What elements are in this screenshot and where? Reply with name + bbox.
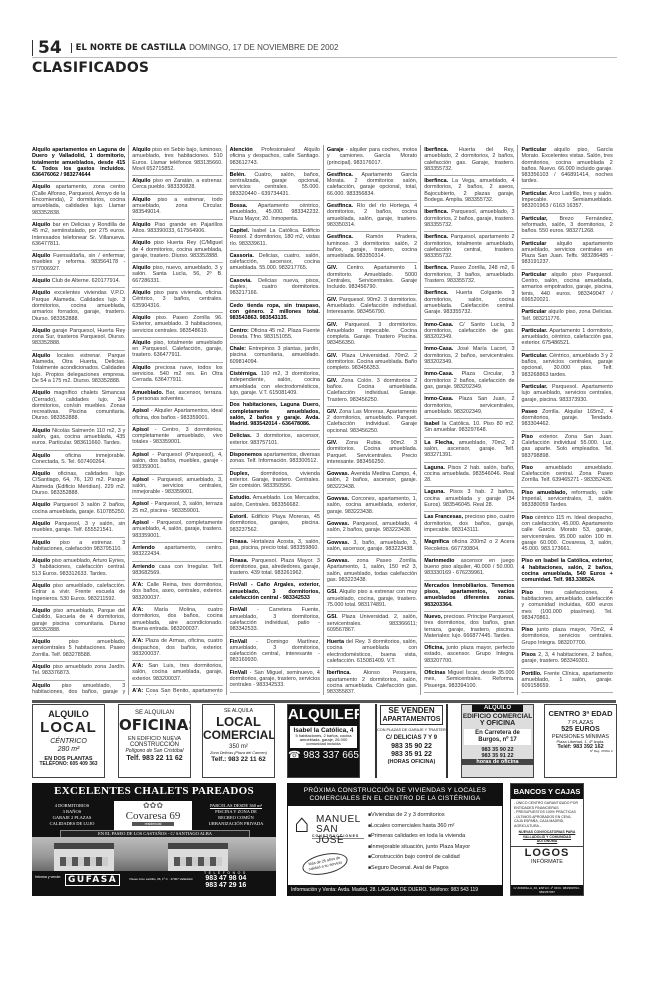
ad-keyword: Alquilo bbox=[32, 453, 50, 459]
classified-ad: Cedo tienda ropa, sin traspaso, con géne… bbox=[230, 301, 320, 326]
classified-ad: Alquilo oficinas, calidades lujo. C/Sant… bbox=[32, 469, 125, 500]
classified-ad: A'A: Plaza de Armas, oficina, cuatro des… bbox=[132, 636, 222, 661]
ad-keyword: Particular, bbox=[521, 216, 547, 222]
ad-keyword: Arriendo bbox=[132, 545, 154, 551]
ad-keyword: Piso en Isabel la Católica, exterior, 4 … bbox=[521, 558, 612, 583]
ad-keyword: Mercados Inmobiliarios. Tenemos pisos, a… bbox=[424, 583, 514, 608]
covaresa-logo: ✿✿✿ Covaresa 69 residencial bbox=[114, 801, 192, 831]
classified-ad: Inmo-Casa. Plaza Circular, 3 dormitorios… bbox=[424, 369, 514, 394]
ad-address: C/ DELICIAS 7 Y 9 bbox=[377, 735, 446, 742]
classified-ad: Apisol - Parquesol, 3, salón, terraza 25… bbox=[132, 499, 222, 518]
classified-ad: Cistérniga. 110 m2, 3 dormitorios, indep… bbox=[230, 369, 320, 400]
classified-ad: Alquilo Parquesol, 3 y salón, sin mueble… bbox=[32, 519, 125, 538]
ad-keyword: Marinmedio bbox=[424, 558, 454, 564]
ad-keyword: Particular bbox=[521, 272, 546, 278]
ad-keyword: Alquilo bbox=[32, 278, 50, 284]
info-label: Informa y vende: bbox=[35, 875, 61, 879]
ad-title: PRÓXIMA CONSTRUCCIÓN DE VIVIENDAS Y LOCA… bbox=[288, 784, 502, 806]
classified-ad: Mercados Inmobiliarios. Tenemos pisos, a… bbox=[424, 581, 514, 612]
classified-ad: Paseo Zorrilla. Alquilar 165m2, 4 dormit… bbox=[521, 407, 612, 432]
ad-keyword: FinVall bbox=[230, 670, 247, 676]
ad-keyword: Laguna. bbox=[424, 489, 445, 495]
ad-centro-tercera-edad: CENTRO 3ª EDAD 7 PLAZAS 525 EUROS PENSIO… bbox=[544, 704, 617, 778]
ad-hours: (HORAS OFICINA) bbox=[377, 759, 446, 765]
classified-ad: Alquilo piso a estrenar, todo amueblado,… bbox=[132, 195, 222, 220]
ad-body: Club de Alterne. 620177914. bbox=[50, 278, 120, 284]
classified-ad: Piso junto plaza mayor, 70m2, 4 dormitor… bbox=[521, 625, 612, 650]
ad-address: Paseo Arco Ladrillo, 36, 1º C · 47007 Va… bbox=[128, 877, 194, 881]
classified-ad: Piso céntrico 115 m. Ideal despacho, con… bbox=[521, 513, 612, 557]
ad-keyword: Cassoria. bbox=[230, 253, 254, 259]
ad-keyword: Inmo-Casa. bbox=[424, 322, 453, 328]
classified-ad: Inmo-Casa. José María Lacort, 3 dormitor… bbox=[424, 344, 514, 369]
column-4: Garaje - alquiler para coches, motos y c… bbox=[324, 145, 421, 695]
phone: 983 47 98 04 bbox=[204, 875, 248, 882]
ad-title: COMERCIAL bbox=[203, 729, 274, 742]
ad-phone: 983 35 91 22 bbox=[377, 751, 446, 759]
ad-title: LOCAL bbox=[203, 715, 274, 729]
ad-body: Calle Reina, tres dormitorios, dos baños… bbox=[132, 582, 222, 601]
classified-ad: Alquilo piso amueblado, servicentrales 5… bbox=[32, 637, 125, 662]
ad-title: BANCOS Y CAJAS bbox=[511, 784, 583, 799]
ad-keyword: Alquilo bbox=[32, 222, 50, 228]
ad-keyword: Gestfinca. bbox=[327, 234, 353, 240]
ad-body: amueblado amueblado. Calefacción central… bbox=[521, 465, 612, 484]
ad-title: OFICINAS bbox=[119, 717, 190, 734]
rose-icon: ✿✿✿ bbox=[114, 801, 192, 810]
ad-keyword: Alquilo bbox=[132, 222, 150, 228]
houses-photo bbox=[32, 837, 276, 871]
ad-body: Plaza Universidad. 2, salón, servicentra… bbox=[327, 614, 417, 633]
ad-keyword: Oficinas bbox=[424, 670, 445, 676]
classified-ad: Puerto-Inmobiliaria. Chalets 3/4, Ana. 4… bbox=[521, 693, 612, 695]
ad-keyword: Alquilo bbox=[32, 353, 50, 359]
ad-keyword: A'A: bbox=[132, 663, 143, 669]
classified-ad: Iberfinca. Alonso Pesquera, apartamento … bbox=[327, 668, 417, 695]
ad-keyword: Las Francesas, bbox=[424, 514, 463, 520]
ad-title: Y OFICINA bbox=[462, 720, 533, 728]
classified-ad: Apisol - Parquesol, amueblado, 3, salón,… bbox=[132, 475, 222, 500]
ad-alquilo-local: ALQUILO LOCAL CÉNTRICO 280 m² EN DOS PLA… bbox=[32, 704, 105, 778]
ad-body: alquilo piso, García Morato. Excelentes … bbox=[521, 147, 612, 184]
ad-keyword: Alquilo bbox=[132, 290, 150, 296]
classified-ad: Oficina, junto plaza mayor, perfecto est… bbox=[424, 643, 514, 668]
classified-ad: Iberfinca. Huerta Colgante. 3 dormitorio… bbox=[424, 288, 514, 319]
classified-ad: Gestfinca. Ramón Pradera, luminoso. 3 do… bbox=[327, 232, 417, 263]
classified-ad: Bossa. Apartamento céntrico, amueblado, … bbox=[230, 201, 320, 226]
ad-keyword: Inmo-Casa. bbox=[424, 396, 453, 402]
ad-phone: Telf. 983 22 11 62 bbox=[119, 755, 190, 763]
ad-keyword: Alquilo bbox=[32, 328, 50, 334]
house-image bbox=[54, 843, 114, 871]
ad-keyword: Piso amueblado, bbox=[521, 490, 567, 496]
classified-ad: Cassoria. Delicias, cuatro, salón, calef… bbox=[230, 251, 320, 276]
ad-keyword: Iberfinca. bbox=[424, 234, 448, 240]
ad-keyword: Arriendo bbox=[132, 564, 154, 570]
classified-ad: Piso amueblado amueblado. Calefacción ce… bbox=[521, 463, 612, 488]
ad-body: 2, 3, 4 habitaciones, 2 baños, garaje, t… bbox=[521, 652, 612, 664]
ad-contact: C/ ZORRILLA, 46, ENTLO. 1º OFIC. 983/369… bbox=[511, 885, 583, 895]
feature-item: ■Viviendas de 2 y 3 dormitorios bbox=[368, 810, 470, 821]
classified-ad: Oficinas Miguel Íscar, desde 35.000 mes,… bbox=[424, 668, 514, 693]
ad-text: comunidad incluida bbox=[290, 742, 357, 746]
ad-body: Todos los gastos incluidos. 636476062 / … bbox=[32, 166, 125, 178]
ad-keyword: Iberfinca. bbox=[424, 178, 448, 184]
ad-body: Zona Colón. 3 dormitorios 2 baños. Cocin… bbox=[327, 378, 417, 403]
classified-ad: Estudio. Amueblado. Los Mercados, salón,… bbox=[230, 493, 320, 512]
classified-ad: GIV. Parquesol. 3 dormitorios. Amueblado… bbox=[327, 320, 417, 351]
company-name: SAN JOSÉ bbox=[316, 824, 364, 846]
ad-keyword: Magnífica bbox=[424, 539, 449, 545]
ad-keyword: Particular bbox=[521, 309, 546, 315]
right-features: PARCELAS DESDE 360 m² PISCINA Y ZONA DE … bbox=[198, 803, 274, 827]
classified-ad: Gestfinca. Río del río Hortega, 4 dormit… bbox=[327, 201, 417, 232]
classified-ad: GSI. Plaza Universidad. 2, salón, servic… bbox=[327, 612, 417, 637]
ad-keyword: GIV. bbox=[327, 378, 337, 384]
classified-ad: Oficinas pequeñas. Propias delegaciones,… bbox=[424, 693, 514, 695]
ad-keyword: Duplex, bbox=[230, 471, 249, 477]
ad-keyword: Gowvas. bbox=[327, 471, 349, 477]
classified-ad: FinVall - San Miguel, seminuevo, 4 dormi… bbox=[230, 668, 320, 693]
ad-address: En Carretera de Burgos, nº 17 bbox=[464, 730, 531, 743]
ad-oficinas: SE ALQUILAN OFICINAS EN EDIFICIO NUEVA C… bbox=[118, 704, 191, 778]
classified-ad: Arriendo casa con Irregular. Telf. 98368… bbox=[132, 562, 222, 581]
classified-ad: Alquilo piso Huerta Rey (C/Miguel de 4 d… bbox=[132, 238, 222, 263]
classified-ad: Iberfinca. Parquesol, apartamento 2 dorm… bbox=[424, 232, 514, 263]
ad-keyword: Gestfinca. bbox=[327, 203, 353, 209]
classified-ad: Portillo. Frente Clínica, apartamento am… bbox=[521, 669, 612, 694]
ad-notice: NUEVAS CONVOCATORIAS PARA VALLADOLID Y C… bbox=[511, 830, 583, 847]
feature-text: Viviendas de 2 y 3 dormitorios bbox=[371, 812, 445, 818]
ad-keyword: Alquilo bbox=[32, 502, 50, 508]
classified-ad: Estoril. Edificio Playa Moreras, 45 dorm… bbox=[230, 512, 320, 537]
ad-keyword: Alquilo bbox=[32, 471, 50, 477]
classified-ad: Gowvas. zona Paseo Zorrilla. Apartamento… bbox=[327, 556, 417, 587]
ad-address-box: En Carretera de Burgos, nº 17 bbox=[464, 729, 531, 744]
page-number: 54 bbox=[32, 40, 67, 56]
ad-keyword: Iberfinca. bbox=[424, 265, 448, 271]
classified-ad: GSI. Alquilo piso a estrenar con muy amu… bbox=[327, 587, 417, 612]
classified-ad: Iberfinca. Huerta del Rey, amueblado, 2 … bbox=[424, 145, 514, 176]
ad-keyword: Laguna. bbox=[424, 465, 445, 471]
column-5: Iberfinca. Huerta del Rey, amueblado, 2 … bbox=[421, 145, 518, 695]
classified-ad: La Flecha, amueblado, 70m2, 2 salón, asc… bbox=[424, 438, 514, 463]
classified-ad: Alquilo piso para vivienda, oficina. Cén… bbox=[132, 288, 222, 313]
ad-keyword: Alquilo bbox=[132, 147, 150, 153]
classified-ad: FinVall - Carretera Fuente, amueblado, 3… bbox=[230, 605, 320, 636]
company-logo: ⌂ MANUEL SAN JOSÉ CONSTRUCCIONES bbox=[294, 812, 364, 839]
classified-ad: Alquilo piso amueblado, Parque del Cabil… bbox=[32, 606, 125, 637]
classified-ad: Alquilo excelentes viviendas V.P.O. Parq… bbox=[32, 288, 125, 325]
classified-ad: Particular, Brezo Fernández, reformado, … bbox=[521, 214, 612, 239]
classified-ad: Apisol - Centro, 3 dormitorios, completa… bbox=[132, 425, 222, 450]
feature-text: Seguro Decenal. Aval de Pagos bbox=[371, 865, 449, 871]
classified-ad: Alquilo locales estrenar. Parque Alameda… bbox=[32, 351, 125, 388]
ad-keyword: GIV. bbox=[327, 440, 337, 446]
classified-ad: Alquilo piso en Sebio bajo, luminoso, am… bbox=[132, 145, 222, 176]
ad-keyword: Apisol bbox=[132, 501, 148, 507]
ad-keyword: Estudio. bbox=[230, 495, 251, 501]
ad-keyword: Piso bbox=[521, 465, 532, 471]
classified-ad: Particular alquilo piso Parquesol. Centr… bbox=[521, 270, 612, 307]
feature-text: Primeras calidades en toda la vivienda bbox=[371, 833, 465, 839]
ad-keyword: A'A: bbox=[132, 582, 143, 588]
ad-cta: INFÓRMATE bbox=[511, 859, 583, 865]
classified-ad: Alquilo piso amueblado zona Jardín. Tel.… bbox=[32, 662, 125, 681]
ad-keyword: Inmo-Casa. bbox=[424, 371, 453, 377]
ad-keyword: Apisol bbox=[132, 427, 148, 433]
ad-phone: ☎ 983 337 665 bbox=[288, 750, 359, 761]
ad-keyword: Alquilo bbox=[32, 540, 50, 546]
classified-ad: Alquilo garaje Parquesol, Huerta Rey zon… bbox=[32, 326, 125, 351]
classified-ad: Alquilo Club de Alterne. 620177914. bbox=[32, 276, 125, 288]
section-title: CLASIFICADOS bbox=[32, 60, 149, 76]
ad-keyword: Gowvas. bbox=[327, 496, 349, 502]
classified-ad: Alquilo piso amueblado, 3 habitaciones, … bbox=[32, 681, 125, 695]
ad-hours: horas de oficina bbox=[462, 759, 533, 765]
classified-ad: Dos habitaciones, Laguna Duero, completa… bbox=[230, 400, 320, 431]
ad-keyword: Apisol bbox=[132, 408, 148, 414]
ad-body: Alquilo piso a estrenar con muy amueblad… bbox=[327, 589, 417, 608]
ad-keyword: Dos habitaciones, Laguna Duero, completa… bbox=[230, 402, 320, 427]
ad-keyword: Atención bbox=[230, 147, 253, 153]
ad-keyword: Alquilo bbox=[32, 583, 50, 589]
ad-keyword: Capitel. bbox=[230, 228, 249, 234]
classified-ad: Particular. Céntrico, amueblado 3 y 2 ba… bbox=[521, 351, 612, 382]
ad-keyword: Inmo-Casa. bbox=[424, 346, 453, 352]
classified-ad: Particular alquilo apartamento amueblado… bbox=[521, 239, 612, 270]
ad-body: Zona Rubia. 90m2. 3 dormitorios. Cocina … bbox=[327, 440, 417, 465]
classified-ad: Arriendo apartamento, centro. 983222434. bbox=[132, 543, 222, 562]
ad-title: SE VENDEN bbox=[381, 707, 442, 716]
classified-ad: GIV. Centro. Apartamento 1 dormitorio. A… bbox=[327, 263, 417, 294]
ad-keyword: Cistérniga. bbox=[230, 371, 258, 377]
ad-keyword: Gowvas. bbox=[327, 540, 349, 546]
ad-keyword: Disponemos bbox=[230, 452, 262, 458]
ad-phone: Telf.: 983 22 11 62 bbox=[203, 756, 274, 763]
classified-ad: Duplex, dormitorios, vivienda exterior. … bbox=[230, 469, 320, 494]
classified-ad: A'A: San Luis, tres dormitorios, salón, … bbox=[132, 661, 222, 686]
classified-columns: Alquilo apartamentos en Laguna de Duero … bbox=[32, 145, 616, 695]
ad-keyword: Gowvas. bbox=[327, 558, 349, 564]
ad-keyword: Alquilo bbox=[32, 428, 50, 434]
ad-title-box: SE VENDEN APARTAMENTOS bbox=[380, 705, 443, 725]
left-features: 4 DORMITORIOS 3 BAÑOS GARAJE 2 PLAZAS CA… bbox=[36, 803, 108, 827]
ad-keyword: Bossa. bbox=[230, 203, 248, 209]
ad-keyword: GIV. bbox=[327, 409, 337, 415]
classified-ad: Piso exterior. Zona San Juan. Calefacció… bbox=[521, 432, 612, 463]
classified-ad: Amueblado. Bar, ascensor, terraza. 5 per… bbox=[132, 388, 222, 407]
classified-ad: Apisol - Alquiler Apartamentos, ideal of… bbox=[132, 406, 222, 425]
classified-ad: Marinmedio ascensor en juego bueno piso … bbox=[424, 556, 514, 581]
feature-text: Construcción bajo control de calidad bbox=[371, 854, 460, 860]
feature-item: ■Seguro Decenal. Aval de Pagos bbox=[368, 863, 470, 874]
classified-ad: Particular. Arco Ladrillo, tres y salón.… bbox=[521, 189, 612, 214]
ad-keyword: Delicias. bbox=[230, 433, 252, 439]
classified-ad: Particular alquilo piso, zona Delicias. … bbox=[521, 307, 612, 326]
ad-body: junto plaza mayor, 70m2, 4 dormitorios, … bbox=[521, 627, 612, 646]
ad-keyword: Gestfinca. bbox=[327, 172, 353, 178]
column-1: Alquilo apartamentos en Laguna de Duero … bbox=[32, 145, 129, 695]
ad-keyword: A'A: bbox=[132, 607, 143, 613]
ad-keyword: Particular. bbox=[521, 328, 547, 334]
ad-keyword: Paseo bbox=[521, 409, 537, 415]
classified-ad: GIV. Parquesol. 90m2. 3 dormitorios. Amu… bbox=[327, 295, 417, 320]
feature: URBANIZACIÓN PRIVADA bbox=[198, 821, 274, 827]
classified-ad: A'A: Cosa San Benito, apartamento amuebl… bbox=[132, 686, 222, 695]
ad-keyword: Particular. bbox=[521, 384, 547, 390]
experience-badge: Más de 25 años de calidad a su servicio bbox=[300, 849, 349, 878]
ad-keyword: Apisol bbox=[132, 477, 148, 483]
ad-keyword: A'A: bbox=[132, 688, 143, 694]
ad-keyword: Apisol bbox=[132, 520, 148, 526]
ad-keyword: Particular bbox=[521, 147, 546, 153]
classified-ad: Atención Profesionales! Alquilo oficina … bbox=[230, 145, 320, 170]
classified-ad: Laguna. Pisos 2 hab. salón, baño, cocina… bbox=[424, 463, 514, 488]
ad-keyword: FinVall bbox=[230, 639, 247, 645]
classified-ad: A'A: Calle Reina, tres dormitorios, dos … bbox=[132, 580, 222, 605]
ad-title: CENTRO 3ª EDAD bbox=[545, 710, 616, 718]
ad-edificio-comercial: ALQUILO EDIFICIO COMERCIAL Y OFICINA En … bbox=[461, 704, 534, 778]
ad-body: Plaza Universidad. 70m2. 2 dormitorios. … bbox=[327, 353, 417, 372]
classified-ad: Piso tres calefacciones, 4 habitaciones,… bbox=[521, 588, 612, 625]
ad-body: Centro. Apartamento 1 dormitorio. Amuebl… bbox=[327, 265, 417, 290]
ad-keyword: Isabel bbox=[424, 421, 439, 427]
classified-ad: Magnífica oficina 200m2 o 2 Acera Recole… bbox=[424, 537, 514, 556]
classified-ad: Gestfinca. Apartamento García Morata. 2 … bbox=[327, 170, 417, 201]
ad-keyword: Alquilo bbox=[32, 608, 50, 614]
ad-body: Parquesol. 3 dormitorios. Amueblado impe… bbox=[327, 322, 417, 347]
ad-footer: Información y Venta: Avda. Madrid, 28. L… bbox=[288, 885, 502, 895]
ad-text: CÉNTRICO bbox=[33, 738, 104, 746]
ad-keyword: Alquilo bbox=[132, 365, 150, 371]
classified-ad: Gowvas. Avenida Medina Campo, 4, salón, … bbox=[327, 469, 417, 494]
feature-item: ■Primeras calidades en toda la vivienda bbox=[368, 831, 470, 842]
classified-ad: Piso amueblado, reformado, calle Imperia… bbox=[521, 488, 612, 513]
ad-keyword: Iberfinca. bbox=[327, 670, 351, 676]
ad-registration: Nº Reg. 4706G C bbox=[545, 750, 616, 753]
classified-ad: Alquilo apartamentos en Laguna de Duero … bbox=[32, 145, 125, 182]
ad-keyword: Alquilo bbox=[132, 315, 150, 321]
ad-keyword: Alquilo bbox=[32, 390, 50, 396]
ad-keyword: Finasa. bbox=[230, 539, 249, 545]
ad-keyword: GSI. bbox=[327, 589, 338, 595]
feature-item: ■Locales comerciales hasta 360 m² bbox=[368, 821, 470, 832]
classified-ad: A'A: María Molina, cuatro dormitorios, d… bbox=[132, 605, 222, 636]
bullet: - ÚNICO CENTRO GARANTIZADO POR ENTIDADES… bbox=[514, 801, 580, 810]
ad-body: María Molina, cuatro dormitorios, dos ba… bbox=[132, 607, 222, 632]
section-divider bbox=[32, 700, 616, 703]
feature-list: ■Viviendas de 2 y 3 dormitorios ■Locales… bbox=[368, 810, 470, 873]
ad-bullets: - ÚNICO CENTRO GARANTIZADO POR ENTIDADES… bbox=[511, 799, 583, 830]
classified-ad: Pisos 2, 3, 4 habitaciones, 2 baños, gar… bbox=[521, 650, 612, 669]
classified-ad: Apisol - Parquesol (Parquesol), 4, salón… bbox=[132, 450, 222, 475]
classified-ad: Inmo-Casa. Plaza San Juan, 2 dormitorios… bbox=[424, 394, 514, 419]
ad-chalets-pareados: EXCELENTES CHALETS PAREADOS 4 DORMITORIO… bbox=[32, 783, 276, 896]
ad-keyword: Alquilo bbox=[32, 558, 50, 564]
ad-keyword: Particular bbox=[521, 241, 546, 247]
ad-text: Polígono de San Cristóbal bbox=[119, 749, 190, 755]
classified-ad: Frente Ambulatorio Arturo Eyries 110 m2,… bbox=[230, 693, 320, 695]
ad-keyword: Gowvas. bbox=[327, 521, 349, 527]
classified-ad: Apisol - Parquesol, completamente amuebl… bbox=[132, 518, 222, 543]
phone: 983 47 29 16 bbox=[204, 882, 248, 889]
classified-ad: Alquilo Parquesol 3 salón 2 baños, cocin… bbox=[32, 500, 125, 519]
ad-keyword: Alquilo bbox=[32, 664, 50, 670]
display-ads-row: EXCELENTES CHALETS PAREADOS 4 DORMITORIO… bbox=[32, 783, 617, 898]
gufasa-logo: GUFASA bbox=[65, 874, 120, 886]
ad-keyword: Particular. bbox=[521, 191, 547, 197]
ad-text: 350 m² bbox=[203, 744, 274, 751]
ad-keyword: Portillo. bbox=[521, 671, 541, 677]
ad-keyword: Alquilo bbox=[32, 639, 50, 645]
feature-item: ■Construcción bajo control de calidad bbox=[368, 852, 470, 863]
classified-ad: Garaje - alquiler para coches, motos y c… bbox=[327, 145, 417, 170]
ad-keyword: Iberfinca. bbox=[424, 290, 448, 296]
ad-keyword: Alquilo bbox=[32, 290, 50, 296]
classified-ad: Gowvas. Parquesol, amueblado, 4 salón, 2… bbox=[327, 519, 417, 538]
classified-ad: Nuevo, precioso. Príncipe Parquesol, tre… bbox=[424, 612, 514, 643]
ad-alquiler-isabel: ALQUILER Isabel la Católica, 4 5 habitac… bbox=[287, 704, 360, 778]
column-3: Atención Profesionales! Alquilo oficina … bbox=[227, 145, 324, 695]
publication-name: EL NORTE DE CASTILLA bbox=[71, 43, 186, 53]
classified-ad: Alquilo Piso grande en Pajarillos Altos.… bbox=[132, 220, 222, 239]
ad-keyword: Alquilo bbox=[32, 253, 50, 259]
classified-ad: Isabel la Católica. 10. Piso 80 m2. Sin … bbox=[424, 419, 514, 438]
ad-keyword: Belén. bbox=[230, 172, 246, 178]
bullet: - ÚLTIMOS APROBADOS EN CEVA, CAJA ESPAÑA… bbox=[514, 815, 580, 829]
ad-keyword: GIV. bbox=[327, 322, 337, 328]
classified-ad: Alquilo piso amueblado, Arturo Eyries, 3… bbox=[32, 556, 125, 581]
ad-keyword: Alquilo bbox=[32, 683, 50, 689]
classified-ad: Alquilo piso a estrenar. 3 habitaciones,… bbox=[32, 538, 125, 557]
classified-ad: Alquilo bar en Delicias y Rondilla de 45… bbox=[32, 220, 125, 251]
ad-title: EXCELENTES CHALETS PAREADOS bbox=[32, 783, 276, 797]
logo-text: Covaresa 69 bbox=[114, 810, 192, 822]
classified-ad: Chale: Entrepinos 3 plantas, jardín, pis… bbox=[230, 344, 320, 369]
ad-keyword: Cedo tienda ropa, sin traspaso, con géne… bbox=[230, 303, 320, 322]
ad-keyword: Piso bbox=[521, 515, 532, 521]
ad-se-venden-apartamentos: SE VENDEN APARTAMENTOS CON PLAZAS DE GAR… bbox=[375, 704, 448, 778]
column-6: Particular alquilo piso, García Morato. … bbox=[518, 145, 615, 695]
house-image bbox=[168, 843, 228, 871]
ad-text: Zona Delicias (Plaza del Carmen) bbox=[203, 751, 274, 755]
classified-ad: GIV. Zona Colón. 3 dormitorios 2 baños. … bbox=[327, 376, 417, 407]
column-2: Alquilo piso en Sebio bajo, luminoso, am… bbox=[129, 145, 226, 695]
ad-keyword: Alquilo bbox=[32, 184, 50, 190]
ad-text: 280 m² bbox=[33, 746, 104, 754]
classified-ad: Finasa. Hortaleza Acosta, 3, salón, gas,… bbox=[230, 537, 320, 556]
ad-title: APARTAMENTOS bbox=[381, 716, 442, 724]
classified-ad: Alquilo piso. Paseo Zorrilla 96. Exterio… bbox=[132, 313, 222, 338]
phones-block: TELÉFONOS 983 47 98 04 983 47 29 16 bbox=[204, 871, 248, 889]
ad-keyword: Alquilo bbox=[32, 521, 50, 527]
ad-body: San Luis, tres dormitorios, salón, cocin… bbox=[132, 663, 222, 682]
classified-ad: Gowvas. 3, baño, amueblado, 3, salón, as… bbox=[327, 538, 417, 557]
ad-details: Isabel la Católica, 4 5 habitaciones, 2 … bbox=[290, 726, 357, 748]
classified-ad: Casovia. Delicias nueva, pisos, duplex, … bbox=[230, 276, 320, 301]
classified-ad: Las Francesas, precioso piso, cuatro dor… bbox=[424, 512, 514, 537]
ad-keyword: Huerta bbox=[327, 639, 344, 645]
classified-ad: GIV. Plaza Universidad. 70m2. 2 dormitor… bbox=[327, 351, 417, 376]
ad-phone: TELÉFONO: 605 409 363 bbox=[33, 762, 104, 768]
classified-ad: Alquilo oficina inmejorable. Conectada, … bbox=[32, 451, 125, 470]
classified-ad: Particular. Apartamento 1 dormitorio, am… bbox=[521, 326, 612, 351]
classified-ad: Alquilo Nicolás Salmerón 110 m2, 3 y sal… bbox=[32, 426, 125, 451]
ad-keyword: GIV. bbox=[327, 265, 337, 271]
ad-keyword: Alquilo bbox=[132, 178, 150, 184]
ad-phone: 983 35 90 22 bbox=[377, 743, 446, 751]
